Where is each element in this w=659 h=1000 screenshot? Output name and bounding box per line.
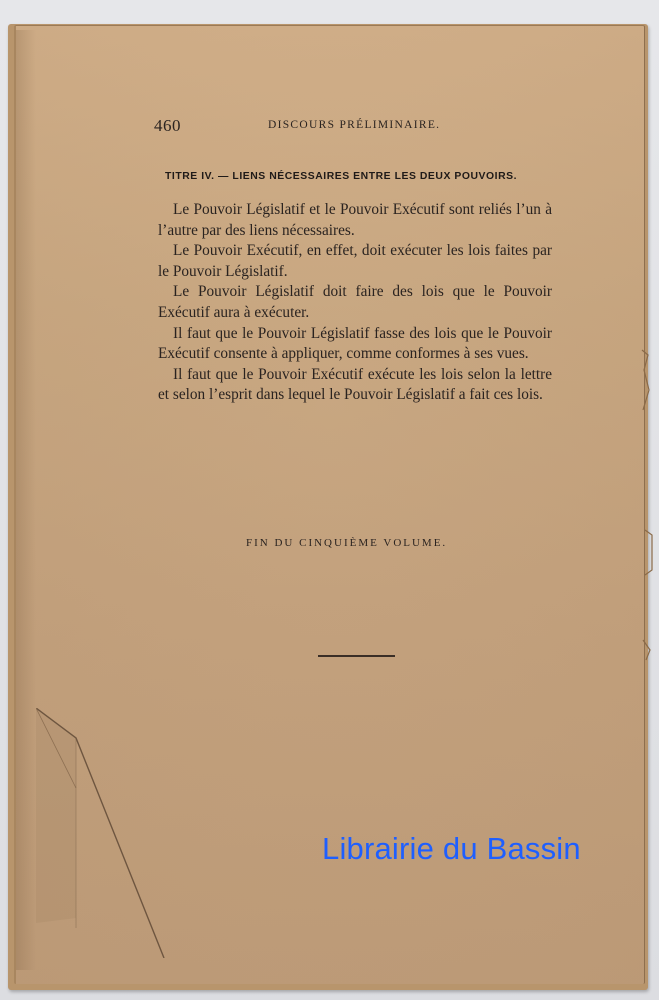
paragraph: Le Pouvoir Législatif doit faire des loi… [158, 282, 552, 323]
closing-line: FIN DU CINQUIÈME VOLUME. [246, 537, 447, 549]
torn-edge-icon [640, 330, 654, 670]
running-head: DISCOURS PRÉLIMINAIRE. [268, 119, 440, 131]
page-number: 460 [154, 116, 181, 136]
paragraph: Il faut que le Pouvoir Exécutif exécute … [158, 365, 552, 406]
paragraph: Le Pouvoir Législatif et le Pouvoir Exéc… [158, 200, 552, 241]
page-header: 460 DISCOURS PRÉLIMINAIRE. [154, 116, 554, 140]
watermark: Librairie du Bassin [322, 831, 581, 867]
end-rule-divider [318, 655, 395, 657]
paragraph: Il faut que le Pouvoir Législatif fasse … [158, 324, 552, 365]
section-title: TITRE IV. — LIENS NÉCESSAIRES ENTRE LES … [165, 171, 555, 182]
page-left-edge-shadow [16, 30, 36, 970]
body-text: Le Pouvoir Législatif et le Pouvoir Exéc… [158, 200, 552, 406]
paragraph: Le Pouvoir Exécutif, en effet, doit exéc… [158, 241, 552, 282]
